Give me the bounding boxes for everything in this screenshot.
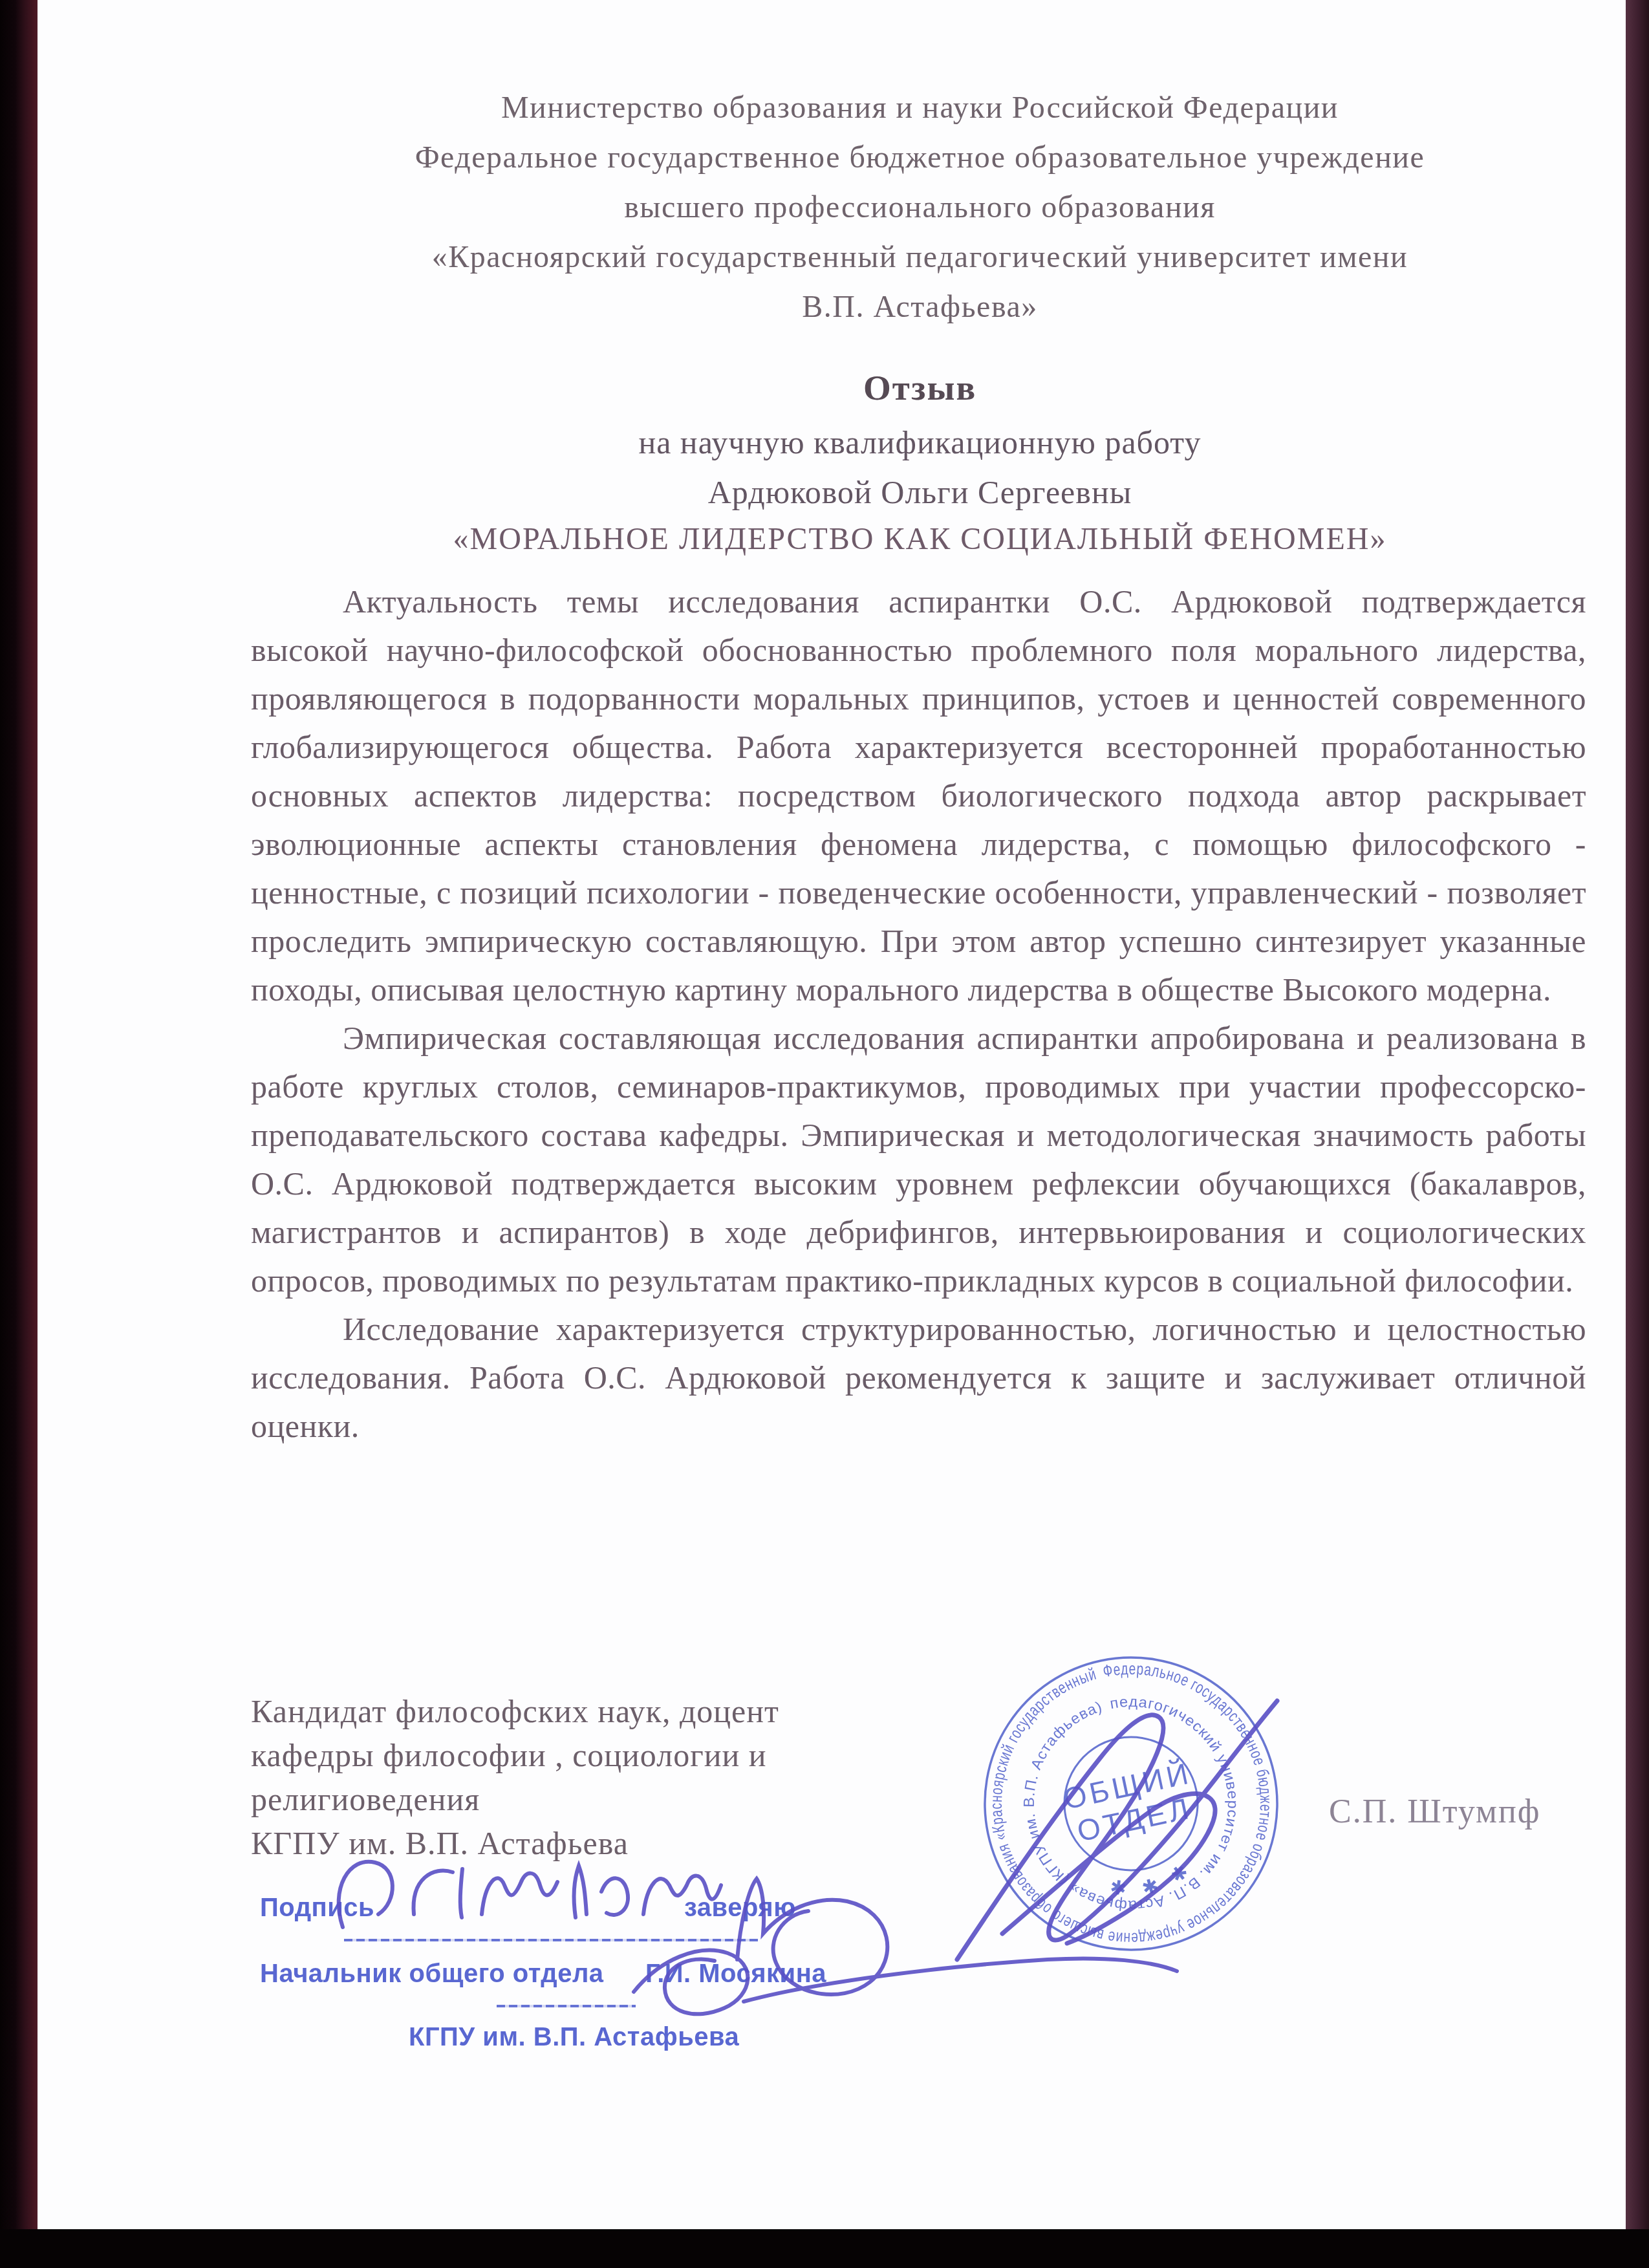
body-paragraph: Эмпирическая составляющая исследования а… [251,1014,1586,1305]
scan-edge-right [1626,0,1649,2268]
department-head-signature-ink [634,1950,1177,2014]
stamp-overlap-signature-ink [957,1701,1277,1960]
body-paragraph: Исследование характеризуется структуриро… [251,1305,1586,1451]
review-body: Актуальность темы исследования аспирантк… [251,578,1586,1451]
reviewer-signature-ink [339,1862,888,1994]
header-line: высшего профессионального образования [252,182,1588,232]
document-title: Отзыв [252,367,1588,408]
header-line: Министерство образования и науки Российс… [252,83,1588,133]
body-paragraph: Актуальность темы исследования аспирантк… [251,578,1586,1014]
title-work-name: «МОРАЛЬНОЕ ЛИДЕРСТВО КАК СОЦИАЛЬНЫЙ ФЕНО… [252,521,1588,557]
scan-edge-left [0,0,38,2268]
scan-edge-bottom [0,2229,1649,2268]
title-author-line: Ардюковой Ольги Сергеевны [252,473,1588,511]
handwritten-signatures [246,1656,1358,2082]
header-line: «Красноярский государственный педагогиче… [252,232,1588,282]
institution-header: Министерство образования и науки Российс… [252,83,1588,332]
reviewer-name: С.П. Штумпф [1329,1793,1540,1831]
scanned-review-page: Министерство образования и науки Российс… [0,0,1649,2268]
header-line: Федеральное государственное бюджетное об… [252,133,1588,182]
title-subject-line: на научную квалификационную работу [252,424,1588,461]
header-line: В.П. Астафьева» [252,282,1588,332]
